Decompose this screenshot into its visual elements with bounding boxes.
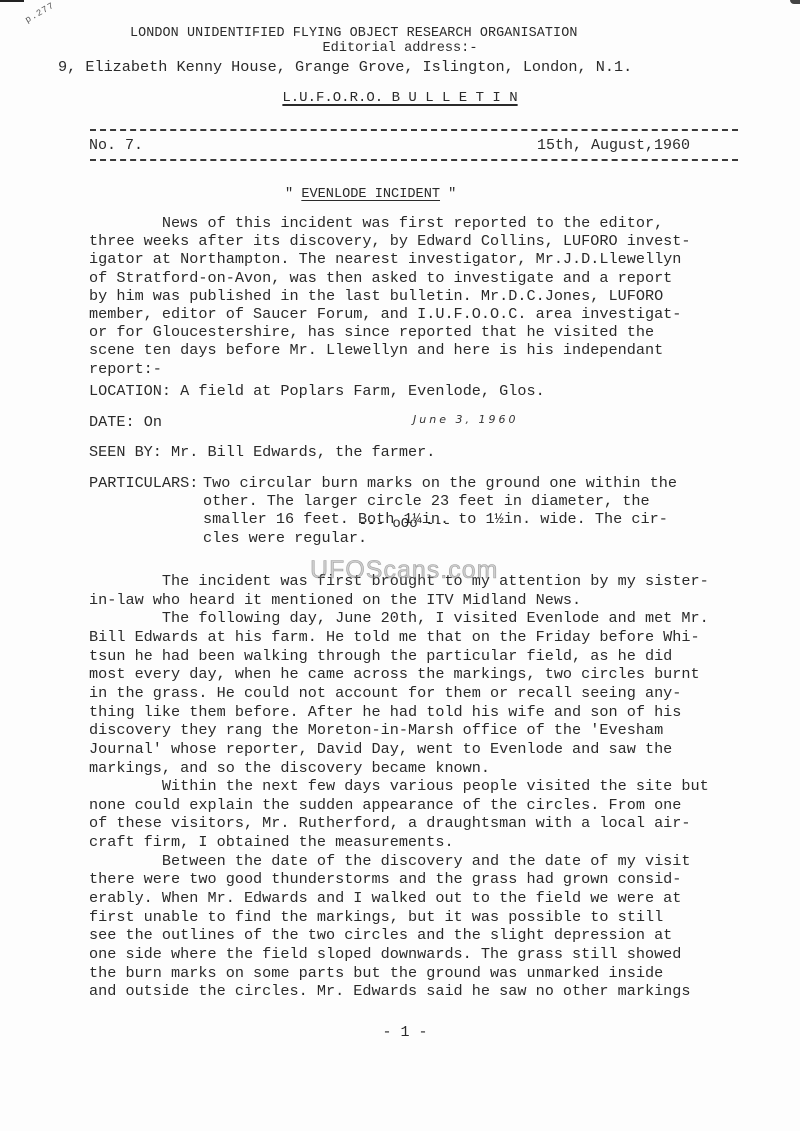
text-line: discovery they rang the Moreton-in-Marsh… <box>89 722 663 738</box>
text-line: tsun he had been walking through the par… <box>89 648 672 664</box>
text-line: News of this incident was first reported… <box>89 215 663 231</box>
bulletin-title: L.U.F.O.R.O. B U L L E T I N <box>0 90 800 106</box>
text-line: craft firm, I obtained the measurements. <box>89 834 454 850</box>
text-line: there were two good thunderstorms and th… <box>89 871 681 887</box>
text-line: of these visitors, Mr. Rutherford, a dra… <box>89 815 691 831</box>
divider-top <box>90 129 738 131</box>
text-line: erably. When Mr. Edwards and I walked ou… <box>89 890 681 906</box>
text-line: the burn marks on some parts but the gro… <box>89 965 663 981</box>
text-line: The following day, June 20th, I visited … <box>89 610 709 626</box>
text-line: Bill Edwards at his farm. He told me tha… <box>89 629 700 645</box>
page-number: - 1 - <box>0 1025 800 1041</box>
text-line: or for Gloucestershire, has since report… <box>89 324 654 340</box>
text-line: first unable to find the markings, but i… <box>89 909 663 925</box>
date-field: DATE: On <box>89 414 162 430</box>
seen-by-field: SEEN BY: Mr. Bill Edwards, the farmer. <box>89 444 435 460</box>
location-field: LOCATION: A field at Poplars Farm, Evenl… <box>89 383 545 399</box>
article-title-text: EVENLODE INCIDENT <box>301 187 440 202</box>
date-value: On <box>144 413 162 431</box>
scan-edge-mark <box>0 0 24 2</box>
scan-edge-mark-right <box>790 0 800 4</box>
text-line: three weeks after its discovery, by Edwa… <box>89 233 691 249</box>
text-line: in the grass. He could not account for t… <box>89 685 681 701</box>
location-label: LOCATION: <box>89 382 171 400</box>
issue-date: 15th, August,1960 <box>537 138 690 154</box>
bulletin-page: p.277 LONDON UNIDENTIFIED FLYING OBJECT … <box>0 0 800 1131</box>
particulars-label: PARTICULARS: <box>89 475 198 491</box>
text-line: most every day, when he came across the … <box>89 666 700 682</box>
issue-number: No. 7. <box>89 138 143 154</box>
location-value: A field at Poplars Farm, Evenlode, Glos. <box>180 382 545 400</box>
watermark: UFOScans.com <box>310 556 498 585</box>
text-line: and outside the circles. Mr. Edwards sai… <box>89 983 691 999</box>
seen-by-label: SEEN BY: <box>89 443 162 461</box>
editorial-address-label: Editorial address:- <box>0 41 800 57</box>
margin-scribble: p.277 <box>24 1 57 26</box>
handwritten-date: June 3, 1960 <box>413 413 518 426</box>
text-line: Two circular burn marks on the ground on… <box>203 475 677 491</box>
text-line: see the outlines of the two circles and … <box>89 927 672 943</box>
bulletin-title-text: L.U.F.O.R.O. B U L L E T I N <box>282 90 517 106</box>
section-separator: --- oOo --- <box>0 516 800 532</box>
text-line: in-law who heard it mentioned on the ITV… <box>89 592 581 608</box>
text-line: Journal' whose reporter, David Day, went… <box>89 741 672 757</box>
text-line: igator at Northampton. The nearest inves… <box>89 251 681 267</box>
text-line: scene ten days before Mr. Llewellyn and … <box>89 342 663 358</box>
text-line: other. The larger circle 23 feet in diam… <box>203 493 650 509</box>
text-line: Between the date of the discovery and th… <box>89 853 691 869</box>
organisation-name: LONDON UNIDENTIFIED FLYING OBJECT RESEAR… <box>130 26 577 42</box>
text-line: none could explain the sudden appearance… <box>89 797 681 813</box>
editorial-address: 9, Elizabeth Kenny House, Grange Grove, … <box>58 59 632 75</box>
text-line: member, editor of Saucer Forum, and I.U.… <box>89 306 681 322</box>
article-title: " EVENLODE INCIDENT " <box>285 187 456 203</box>
text-line: one side where the field sloped downward… <box>89 946 681 962</box>
text-line: by him was published in the last bulleti… <box>89 288 663 304</box>
text-line: Within the next few days various people … <box>89 778 709 794</box>
text-line: report:- <box>89 361 162 377</box>
text-line: of Stratford-on-Avon, was then asked to … <box>89 270 672 286</box>
text-line: thing like them before. After he had tol… <box>89 704 681 720</box>
seen-by-value: Mr. Bill Edwards, the farmer. <box>171 443 435 461</box>
text-line: markings, and so the discovery became kn… <box>89 760 490 776</box>
date-label: DATE: <box>89 413 135 431</box>
divider-bottom <box>90 159 738 161</box>
